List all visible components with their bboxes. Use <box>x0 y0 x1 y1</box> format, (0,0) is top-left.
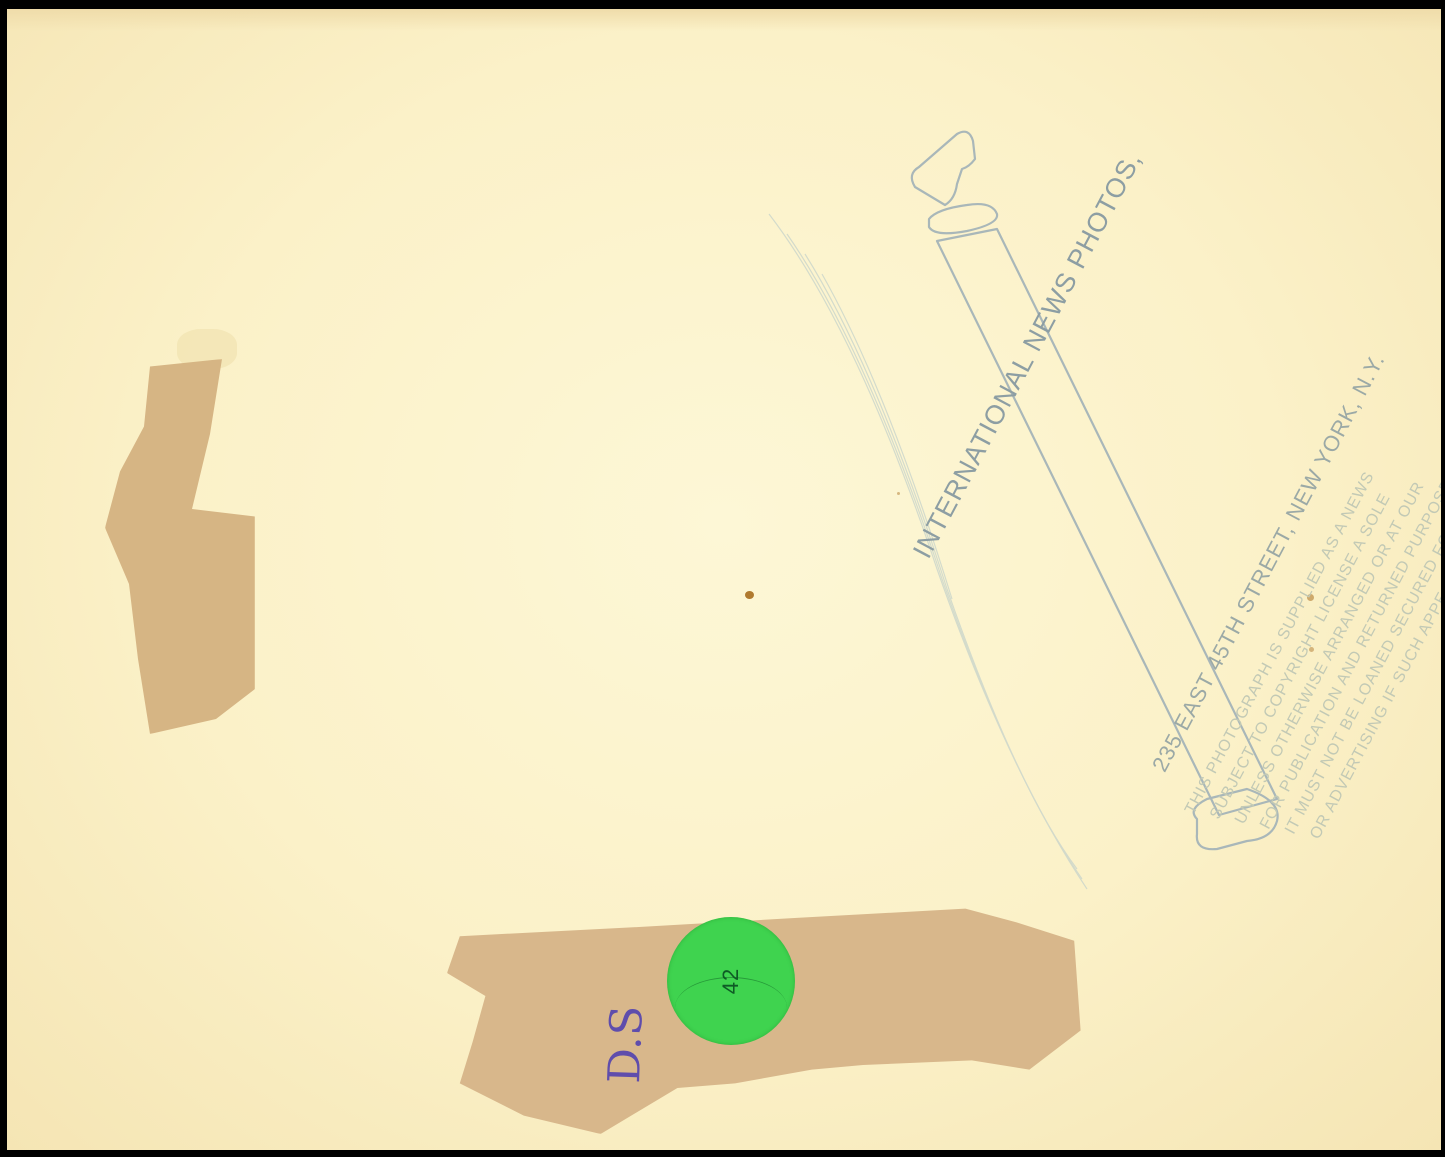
sticker-number: 42 <box>718 968 744 994</box>
photo-back: 42 D.S INTERNATIONAL NEWS PHOTOS, 235 EA… <box>7 9 1441 1150</box>
